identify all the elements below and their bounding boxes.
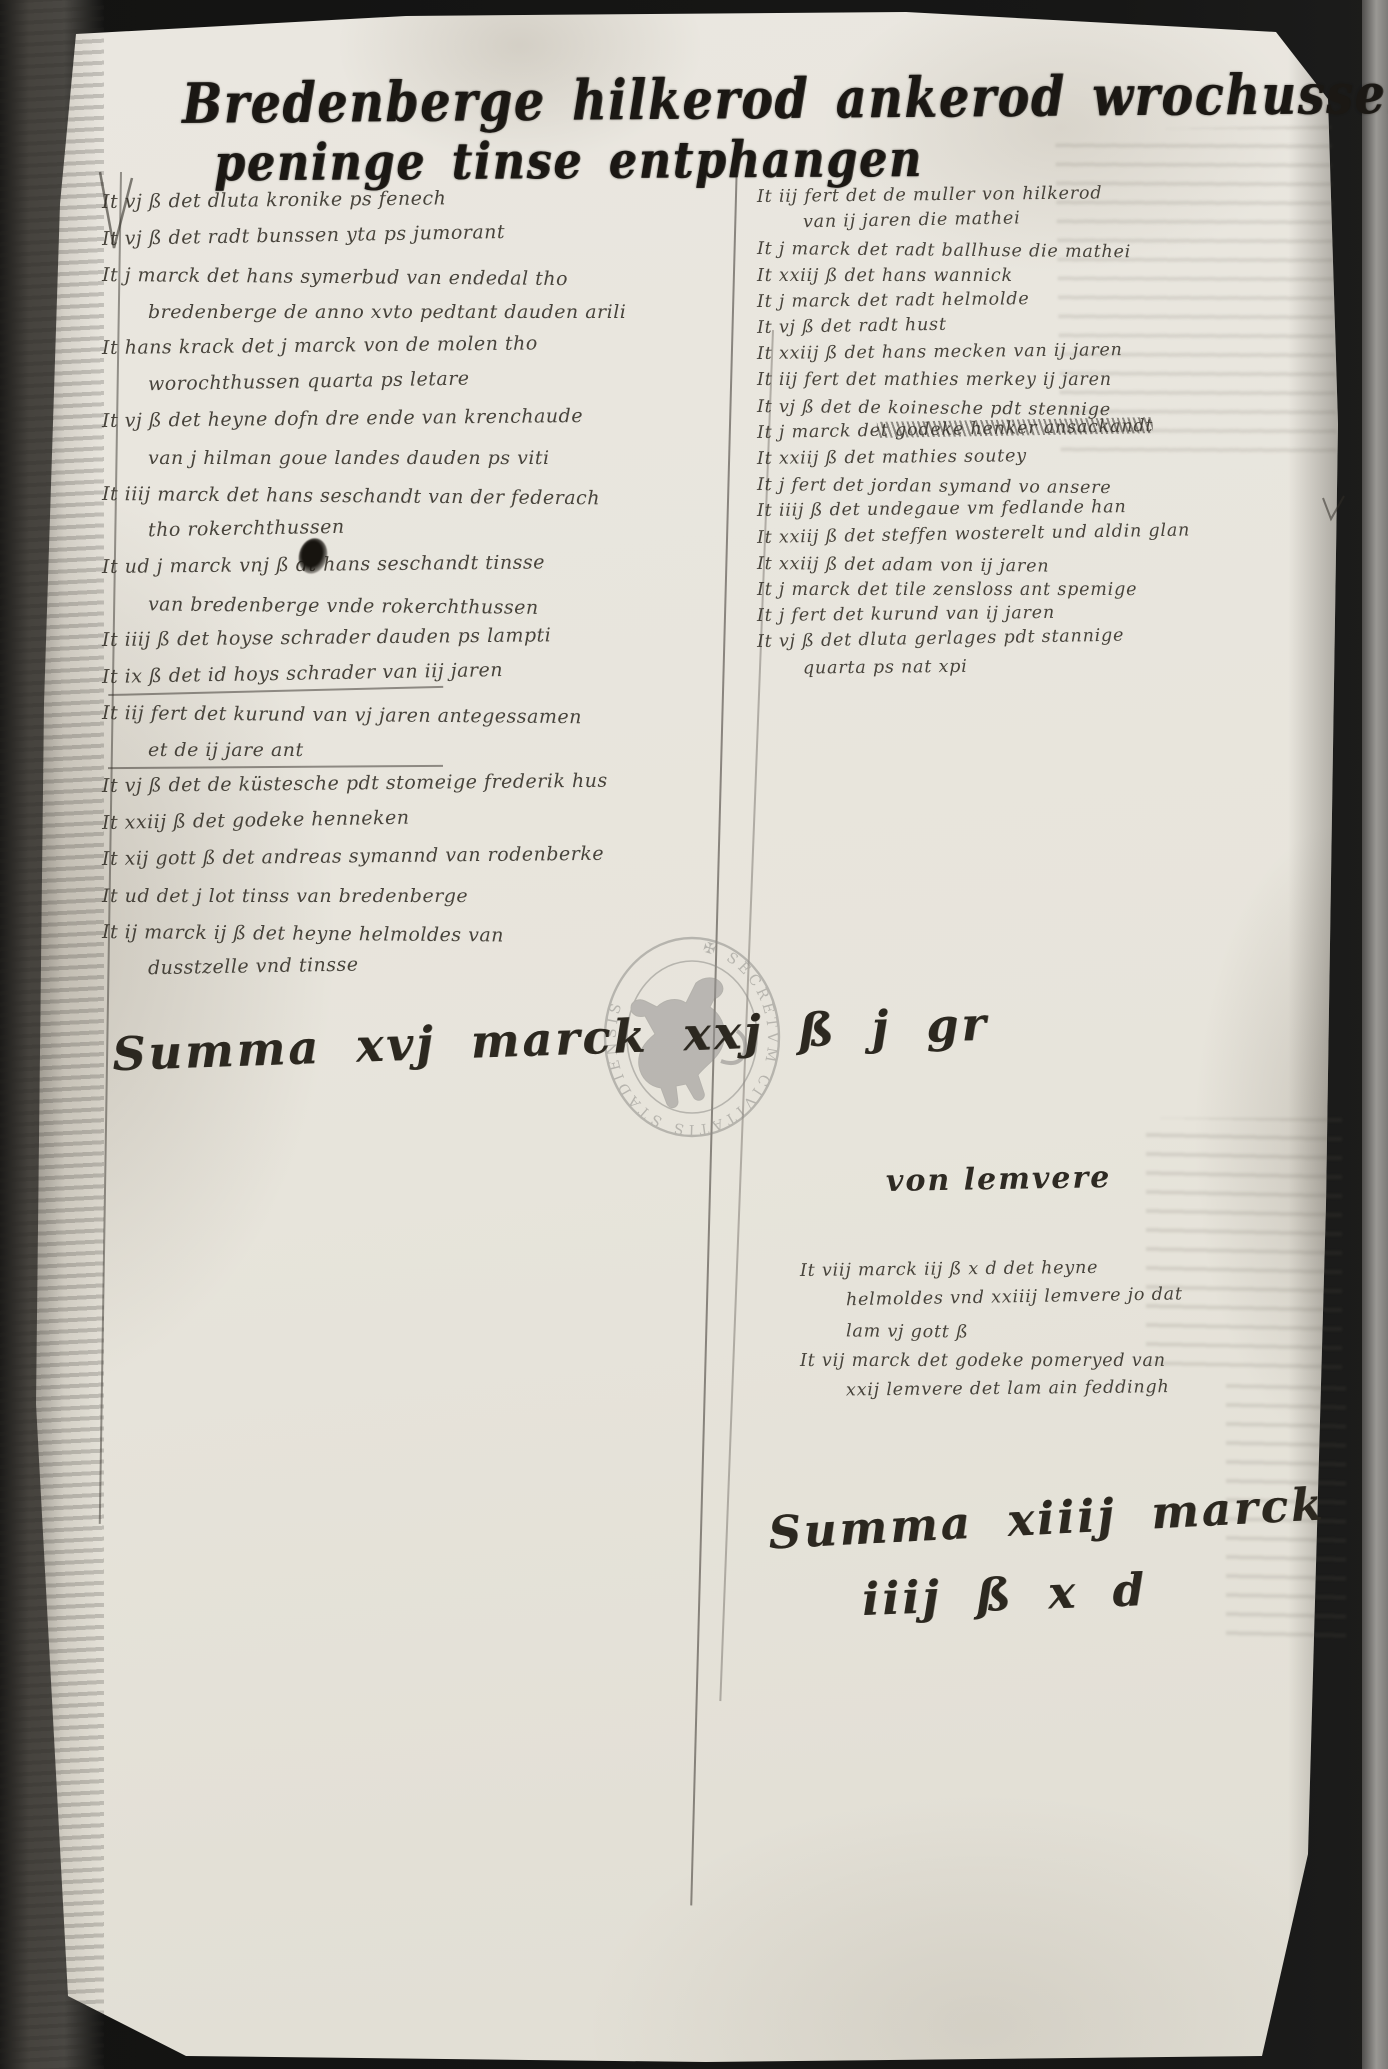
right-entries-column: It iij fert det de muller von hilkerodva… xyxy=(757,184,1357,682)
entry-line: It iij fert det kurund van vj jaren ante… xyxy=(102,695,642,736)
page-title-line1: Bredenberge hilkerod ankerod wrochussen xyxy=(182,62,1388,137)
entry-line: It vj ß det heyne dofn dre ende van kren… xyxy=(102,397,642,439)
entry-line: It xij gott ß det andreas symannd van ro… xyxy=(102,835,642,877)
margin-check-mark xyxy=(94,168,136,254)
entry-line: van j hilman goue landes dauden ps viti xyxy=(102,440,642,477)
entry-line: It iij fert det mathies merkey ij jaren xyxy=(757,367,1357,393)
lemvere-entries-column: It viij marck iij ß x d det heynehelmold… xyxy=(800,1256,1300,1406)
entry-line: It ud det j lot tinss van bredenberge xyxy=(102,878,642,915)
entry-line: It j marck det hans symerbud van endedal… xyxy=(102,257,642,298)
section-heading-von-lemvere: von lemvere xyxy=(886,1160,1112,1199)
summa-right-total-line2: iiij ß x d xyxy=(861,1563,1148,1626)
entry-line: It xxiij ß det hans mecken van ij jaren xyxy=(757,335,1357,367)
adjacent-page-edge xyxy=(1362,0,1388,2069)
entry-line: It ud j marck vnj ß dt hans seschandt ti… xyxy=(102,543,642,585)
left-entries-column: It vj ß det dluta kronike ps fenechIt vj… xyxy=(102,184,642,987)
margin-check-mark xyxy=(1320,494,1346,522)
entry-line: It xxiij ß det mathies soutey xyxy=(757,440,1357,472)
entry-line: quarta ps nat xpi xyxy=(757,649,1357,681)
entry-line: xxij lemvere det lam ain feddingh xyxy=(800,1371,1300,1406)
manuscript-scan: ✠ SECRETVM CIVITATIS STADIENSIS Bredenbe… xyxy=(0,0,1388,2069)
